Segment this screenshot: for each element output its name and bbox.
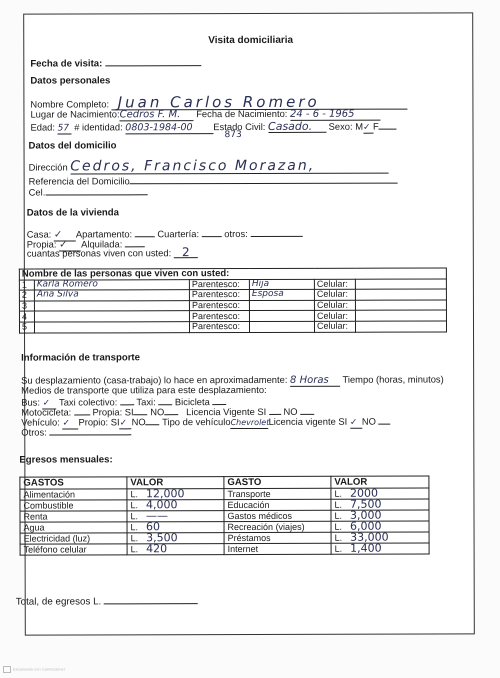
resident-name[interactable] [34,311,189,322]
col-header-valor-2: VALOR [331,476,429,488]
sex-f-field[interactable] [379,120,397,130]
expense-item: Renta [20,511,127,522]
currency-label: L. [131,533,139,543]
age-label: Edad: [30,122,55,133]
form-page: Visita domiciliaria Fecha de visita: Dat… [23,12,475,635]
currency-label: L. [335,544,343,554]
personal-heading: Datos personales [30,75,110,86]
resident-name[interactable]: Ana Silva [34,290,189,301]
vehiculo-licencia-no-label: NO [362,416,376,427]
expense-item: Teléfono celular [20,544,127,555]
reference-field[interactable] [130,174,398,185]
currency-label: L. [335,533,343,543]
currency-label: L. [335,522,343,532]
expense-item: Combustible [20,500,127,511]
address-label: Dirección [29,161,68,172]
resident-relation[interactable] [249,300,314,311]
phone-label: Cel. [29,187,46,198]
vehiculo-propio-no-label: NO [132,416,146,427]
housing-heading: Datos de la vivienda [27,207,119,218]
row-number: 2 [19,290,34,301]
expense-value-cell[interactable]: L.1,400 [331,543,429,554]
moto-propia-no-field[interactable] [164,405,178,415]
relation-label: Parentesco: [189,300,249,311]
expense-value[interactable]: 1,400 [350,542,382,555]
row-number: 3 [19,301,34,312]
vehiculo-tipo-field[interactable]: Chevrolet [231,418,269,429]
expense-item: Agua [20,522,127,533]
phone-label: Celular: [314,279,355,290]
table-row: Teléfono celular L.420 Internet L.1,400 [20,543,429,555]
currency-label: L. [131,544,139,554]
resident-relation[interactable]: Hija [249,279,314,290]
transport-otros-field[interactable] [49,425,131,435]
vehiculo-tipo-label: Tipo de vehículo [162,416,230,427]
id-extra: 873 [224,130,241,140]
resident-phone[interactable] [355,289,446,300]
currency-label: L. [334,500,342,510]
resident-name[interactable] [34,322,189,333]
resident-phone[interactable] [355,279,446,290]
sex-m-checkmark[interactable]: ✓ [363,123,373,134]
moto-field[interactable] [74,405,90,415]
sex-m-label: M [355,121,363,132]
alquilada-field[interactable] [125,237,145,247]
phone-label: Celular: [314,289,355,300]
expense-value[interactable]: 420 [146,542,167,555]
moto-licencia-no-field[interactable] [300,405,314,415]
vehiculo-licencia-label: Licencia vigente SI [269,416,348,427]
age-field[interactable]: 57 [58,123,72,134]
id-row: Edad: 57 # identidad: 0803-1984-00Estado… [30,120,396,135]
expense-value-cell[interactable]: L.—— [127,511,224,522]
expense-value-cell[interactable]: L.4,000 [127,500,224,511]
expenses-heading: Egresos mensuales: [19,454,112,465]
currency-label: L. [131,522,139,532]
id-label: # identidad: [74,121,123,132]
expense-item: Préstamos [224,532,331,543]
civil-status-field[interactable]: Casado. [268,122,326,133]
domicile-heading: Datos del domicilio [29,140,117,151]
cuarteria-label: Cuartería: [157,228,199,239]
taxi-colectivo-field[interactable] [120,395,134,405]
resident-relation[interactable] [249,311,314,322]
row-number: 1 [19,280,34,291]
commute-field[interactable]: 8 Horas [290,376,340,387]
taxi-field[interactable] [158,395,172,405]
currency-label: L. [130,511,138,521]
phone-field[interactable] [45,185,147,195]
resident-name[interactable]: Karla Romero [34,279,189,290]
birth-date-label: Fecha de Nacimiento: [196,108,287,119]
transport-otros-row: Otros: [21,425,131,437]
expense-item: Educación [224,499,331,510]
total-label: Total, de egresos L. [16,596,102,607]
phone-label: Celular: [314,300,355,311]
visit-date-label: Fecha de visita: [30,58,102,69]
people-count-field[interactable]: 2 [174,247,198,258]
scanner-watermark: Escaneado con CamScanner [3,666,65,673]
expense-item: Internet [224,543,331,554]
currency-label: L. [130,500,138,510]
total-field[interactable] [104,594,198,604]
phone-row: Cel. [29,185,148,197]
watermark-text: Escaneado con CamScanner [13,667,65,672]
address-row: Dirección Cedros, Francisco Morazan, [29,160,389,175]
col-header-gastos: GASTOS [20,477,127,489]
phone-label: Celular: [314,311,355,322]
total-row: Total, de egresos L. [16,594,198,607]
apartamento-field[interactable] [135,227,155,237]
relation-label: Parentesco: [189,290,249,301]
address-field[interactable]: Cedros, Francisco Morazan, [70,160,388,175]
visit-date-field[interactable] [105,56,201,66]
expense-item: Gastos médicos [224,510,331,521]
birthplace-label: Lugar de Nacimiento: [30,108,119,119]
resident-phone[interactable] [355,310,446,321]
otros-field[interactable] [250,227,302,237]
resident-relation[interactable] [249,321,314,332]
expense-item: Electricidad (luz) [20,533,127,544]
moto-propia-si-field[interactable] [134,405,148,415]
moto-licencia-si-field[interactable] [269,405,281,415]
transport-otros-label: Otros: [21,427,47,438]
people-count-row: cuantas personas viven con usted: 2 [27,247,198,258]
residents-table: Nombre de las personas que viven con ust… [19,267,447,333]
expenses-table: GASTOS VALOR GASTO VALOR Alimentación L.… [19,476,429,556]
currency-label: L. [334,511,342,521]
resident-phone[interactable] [355,300,446,311]
transport-heading: Información de transporte [21,352,140,363]
otros-label: otros: [224,228,247,239]
row-number: 4 [19,311,34,322]
vehiculo-licencia-no-field[interactable] [379,415,391,425]
currency-label: L. [334,489,342,499]
row-number: 5 [19,322,34,333]
currency-label: L. [130,489,138,499]
expense-item: Recreación (viajes) [224,521,331,532]
cuarteria-field[interactable] [202,227,222,237]
expense-item: Transporte [224,488,331,499]
expense-value-cell[interactable]: L.420 [127,544,224,555]
sex-label: Sexo: [329,121,353,132]
resident-relation[interactable]: Esposa [249,290,314,301]
bicicleta-field[interactable] [212,395,226,405]
table-row: 5 Parentesco: Celular: [19,321,446,333]
col-header-gasto: GASTO [224,476,331,488]
expense-item: Alimentación [20,489,127,500]
relation-label: Parentesco: [189,321,249,332]
resident-phone[interactable] [355,321,446,332]
vehiculo-licencia-si-checkmark[interactable]: ✓ [350,418,362,429]
means-label: Medios de transporte que utiliza para es… [21,385,266,396]
relation-label: Parentesco: [189,279,249,290]
scanner-logo-icon [3,666,11,673]
id-field[interactable]: 0803-1984-00 [125,123,213,134]
visit-date-row: Fecha de visita: [30,56,201,69]
form-title: Visita domiciliaria [208,35,293,46]
people-count-label: cuantas personas viven con usted: [27,247,171,258]
commute-suffix: Tiempo (horas, minutos) [342,373,443,384]
phone-label: Celular: [314,321,355,332]
vehiculo-propio-no-field[interactable] [146,415,160,425]
relation-label: Parentesco: [189,311,249,322]
expense-value-cell[interactable]: L.3,500 [127,533,224,544]
resident-name[interactable] [34,300,189,311]
